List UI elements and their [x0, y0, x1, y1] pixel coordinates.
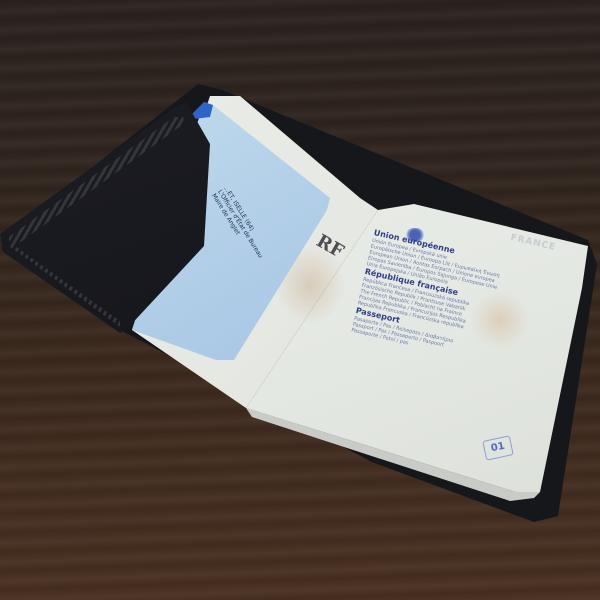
- photo-scene: …ET, ISELLE (64) L'Officier d'État de Bu…: [0, 0, 600, 600]
